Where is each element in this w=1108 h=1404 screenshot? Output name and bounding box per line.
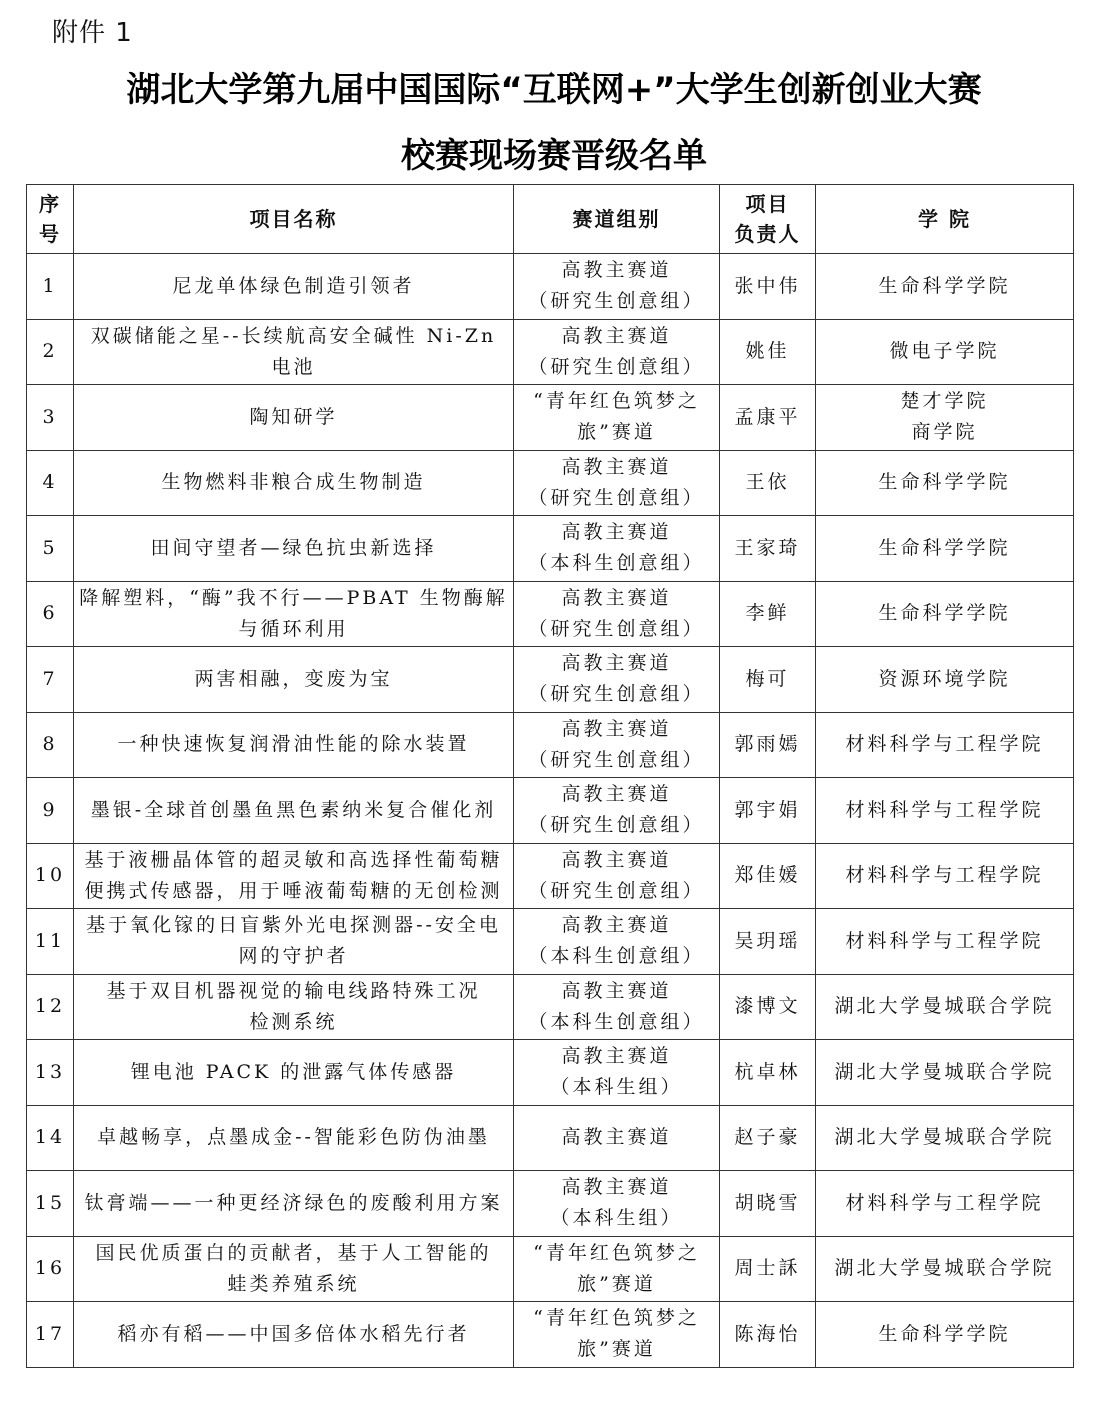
table-row: 9墨银-全球首创墨鱼黑色素纳米复合催化剂高教主赛道（研究生创意组）郭宇娟材料科学… [27, 778, 1074, 844]
cell-project-name: 锂电池 PACK 的泄露气体传感器 [74, 1040, 514, 1106]
cell-index: 8 [27, 712, 74, 778]
attachment-label: 附件 1 [52, 12, 133, 49]
cell-index: 11 [27, 909, 74, 975]
cell-college: 资源环境学院 [816, 647, 1074, 713]
cell-project-name: 国民优质蛋白的贡献者，基于人工智能的蛙类养殖系统 [74, 1236, 514, 1302]
table-row: 5田间守望者—绿色抗虫新选择高教主赛道（本科生创意组）王家琦生命科学学院 [27, 516, 1074, 582]
cell-project-name: 双碳储能之星--长续航高安全碱性 Ni-Zn电池 [74, 319, 514, 385]
cell-leader: 吴玥瑶 [720, 909, 816, 975]
cell-leader: 杭卓林 [720, 1040, 816, 1106]
cell-track-group: 高教主赛道（本科生创意组） [514, 974, 720, 1040]
cell-college: 生命科学学院 [816, 254, 1074, 320]
cell-track-group: “青年红色筑梦之旅”赛道 [514, 385, 720, 451]
cell-leader: 李鲜 [720, 581, 816, 647]
cell-track-group: 高教主赛道（本科生组） [514, 1040, 720, 1106]
cell-track-group: 高教主赛道（本科生创意组） [514, 909, 720, 975]
cell-project-name: 钛膏端——一种更经济绿色的废酸利用方案 [74, 1171, 514, 1237]
cell-track-group: 高教主赛道（研究生创意组） [514, 450, 720, 516]
table-row: 10基于液栅晶体管的超灵敏和高选择性葡萄糖便携式传感器，用于唾液葡萄糖的无创检测… [27, 843, 1074, 909]
header-index: 序 号 [27, 185, 74, 254]
cell-index: 9 [27, 778, 74, 844]
cell-leader: 王依 [720, 450, 816, 516]
cell-college: 楚才学院商学院 [816, 385, 1074, 451]
cell-index: 14 [27, 1105, 74, 1171]
cell-leader: 张中伟 [720, 254, 816, 320]
cell-project-name: 基于氧化镓的日盲紫外光电探测器--安全电网的守护者 [74, 909, 514, 975]
table-row: 6降解塑料，“酶”我不行——PBAT 生物酶解与循环利用高教主赛道（研究生创意组… [27, 581, 1074, 647]
table-row: 15钛膏端——一种更经济绿色的废酸利用方案高教主赛道（本科生组）胡晓雪材料科学与… [27, 1171, 1074, 1237]
table-row: 16国民优质蛋白的贡献者，基于人工智能的蛙类养殖系统“青年红色筑梦之旅”赛道周士… [27, 1236, 1074, 1302]
cell-project-name: 田间守望者—绿色抗虫新选择 [74, 516, 514, 582]
cell-college: 湖北大学曼城联合学院 [816, 1105, 1074, 1171]
cell-leader: 赵子豪 [720, 1105, 816, 1171]
cell-index: 3 [27, 385, 74, 451]
cell-leader: 梅可 [720, 647, 816, 713]
cell-college: 湖北大学曼城联合学院 [816, 974, 1074, 1040]
cell-index: 17 [27, 1302, 74, 1368]
cell-track-group: 高教主赛道（研究生创意组） [514, 647, 720, 713]
cell-track-group: 高教主赛道（研究生创意组） [514, 778, 720, 844]
cell-index: 15 [27, 1171, 74, 1237]
cell-track-group: 高教主赛道（本科生创意组） [514, 516, 720, 582]
cell-leader: 王家琦 [720, 516, 816, 582]
cell-index: 10 [27, 843, 74, 909]
cell-track-group: 高教主赛道（研究生创意组） [514, 581, 720, 647]
cell-leader: 胡晓雪 [720, 1171, 816, 1237]
cell-college: 生命科学学院 [816, 450, 1074, 516]
cell-college: 湖北大学曼城联合学院 [816, 1236, 1074, 1302]
cell-index: 12 [27, 974, 74, 1040]
cell-leader: 郑佳媛 [720, 843, 816, 909]
cell-college: 材料科学与工程学院 [816, 1171, 1074, 1237]
cell-project-name: 稻亦有稻——中国多倍体水稻先行者 [74, 1302, 514, 1368]
table-row: 12基于双目机器视觉的输电线路特殊工况检测系统高教主赛道（本科生创意组）漆博文湖… [27, 974, 1074, 1040]
document-title: 湖北大学第九届中国国际“互联网+”大学生创新创业大赛 [0, 62, 1108, 111]
cell-track-group: 高教主赛道（研究生创意组） [514, 843, 720, 909]
cell-index: 16 [27, 1236, 74, 1302]
cell-leader: 周士訸 [720, 1236, 816, 1302]
table-row: 11基于氧化镓的日盲紫外光电探测器--安全电网的守护者高教主赛道（本科生创意组）… [27, 909, 1074, 975]
table-row: 17稻亦有稻——中国多倍体水稻先行者“青年红色筑梦之旅”赛道陈海怡生命科学学院 [27, 1302, 1074, 1368]
cell-college: 微电子学院 [816, 319, 1074, 385]
cell-project-name: 基于双目机器视觉的输电线路特殊工况检测系统 [74, 974, 514, 1040]
cell-index: 7 [27, 647, 74, 713]
cell-leader: 郭宇娟 [720, 778, 816, 844]
cell-project-name: 卓越畅享，点墨成金--智能彩色防伪油墨 [74, 1105, 514, 1171]
cell-college: 材料科学与工程学院 [816, 778, 1074, 844]
cell-track-group: 高教主赛道 [514, 1105, 720, 1171]
table-row: 14卓越畅享，点墨成金--智能彩色防伪油墨高教主赛道赵子豪湖北大学曼城联合学院 [27, 1105, 1074, 1171]
cell-college: 生命科学学院 [816, 581, 1074, 647]
cell-college: 材料科学与工程学院 [816, 843, 1074, 909]
cell-project-name: 两害相融，变废为宝 [74, 647, 514, 713]
cell-leader: 郭雨嫣 [720, 712, 816, 778]
table-row: 3陶知研学“青年红色筑梦之旅”赛道孟康平楚才学院商学院 [27, 385, 1074, 451]
table-row: 7两害相融，变废为宝高教主赛道（研究生创意组）梅可资源环境学院 [27, 647, 1074, 713]
cell-project-name: 墨银-全球首创墨鱼黑色素纳米复合催化剂 [74, 778, 514, 844]
cell-project-name: 尼龙单体绿色制造引领者 [74, 254, 514, 320]
cell-track-group: 高教主赛道（研究生创意组） [514, 254, 720, 320]
table-row: 2双碳储能之星--长续航高安全碱性 Ni-Zn电池高教主赛道（研究生创意组）姚佳… [27, 319, 1074, 385]
cell-leader: 姚佳 [720, 319, 816, 385]
document-subtitle: 校赛现场赛晋级名单 [0, 128, 1108, 177]
cell-leader: 孟康平 [720, 385, 816, 451]
cell-index: 5 [27, 516, 74, 582]
cell-college: 生命科学学院 [816, 1302, 1074, 1368]
cell-leader: 漆博文 [720, 974, 816, 1040]
header-project-name: 项目名称 [74, 185, 514, 254]
cell-leader: 陈海怡 [720, 1302, 816, 1368]
cell-index: 13 [27, 1040, 74, 1106]
cell-project-name: 一种快速恢复润滑油性能的除水装置 [74, 712, 514, 778]
cell-college: 材料科学与工程学院 [816, 909, 1074, 975]
cell-index: 1 [27, 254, 74, 320]
cell-college: 材料科学与工程学院 [816, 712, 1074, 778]
cell-track-group: 高教主赛道（研究生创意组） [514, 319, 720, 385]
cell-track-group: 高教主赛道（本科生组） [514, 1171, 720, 1237]
header-track-group: 赛道组别 [514, 185, 720, 254]
cell-project-name: 降解塑料，“酶”我不行——PBAT 生物酶解与循环利用 [74, 581, 514, 647]
table-row: 13锂电池 PACK 的泄露气体传感器高教主赛道（本科生组）杭卓林湖北大学曼城联… [27, 1040, 1074, 1106]
table-header-row: 序 号 项目名称 赛道组别 项目 负责人 学 院 [27, 185, 1074, 254]
cell-project-name: 基于液栅晶体管的超灵敏和高选择性葡萄糖便携式传感器，用于唾液葡萄糖的无创检测 [74, 843, 514, 909]
cell-index: 2 [27, 319, 74, 385]
header-leader: 项目 负责人 [720, 185, 816, 254]
table-row: 1尼龙单体绿色制造引领者高教主赛道（研究生创意组）张中伟生命科学学院 [27, 254, 1074, 320]
cell-index: 4 [27, 450, 74, 516]
table-row: 4生物燃料非粮合成生物制造高教主赛道（研究生创意组）王依生命科学学院 [27, 450, 1074, 516]
advancement-list-table: 序 号 项目名称 赛道组别 项目 负责人 学 院 1尼龙单体绿色制造引领者高教主… [26, 184, 1074, 1368]
table-row: 8一种快速恢复润滑油性能的除水装置高教主赛道（研究生创意组）郭雨嫣材料科学与工程… [27, 712, 1074, 778]
header-college: 学 院 [816, 185, 1074, 254]
cell-project-name: 生物燃料非粮合成生物制造 [74, 450, 514, 516]
cell-track-group: “青年红色筑梦之旅”赛道 [514, 1236, 720, 1302]
cell-track-group: “青年红色筑梦之旅”赛道 [514, 1302, 720, 1368]
cell-project-name: 陶知研学 [74, 385, 514, 451]
cell-index: 6 [27, 581, 74, 647]
cell-college: 生命科学学院 [816, 516, 1074, 582]
cell-college: 湖北大学曼城联合学院 [816, 1040, 1074, 1106]
cell-track-group: 高教主赛道（研究生创意组） [514, 712, 720, 778]
